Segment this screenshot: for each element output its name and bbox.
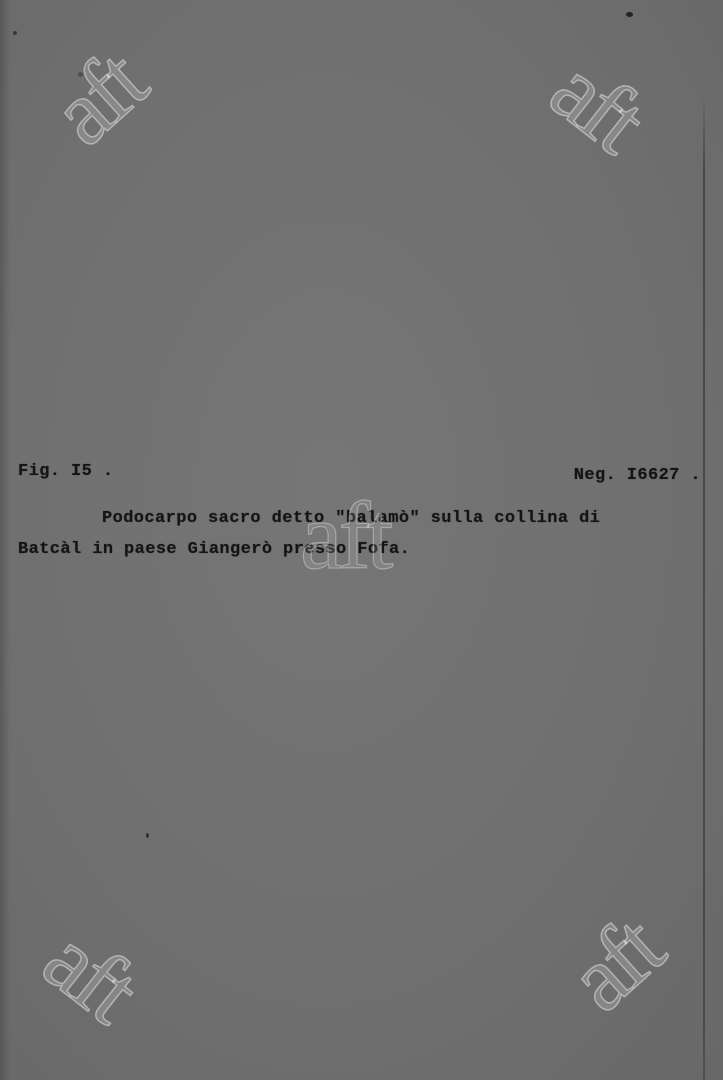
watermark-aft-bottom-left: aft xyxy=(29,912,153,1037)
dust-speck xyxy=(626,12,633,17)
dust-speck xyxy=(13,31,17,35)
card-right-edge-line xyxy=(703,95,705,1080)
watermark-aft-top-right: aft xyxy=(536,42,660,167)
negative-number: Neg. I6627 . xyxy=(574,466,701,485)
watermark-aft-top-left: aft xyxy=(35,35,160,160)
watermark-aft-bottom-right: aft xyxy=(552,901,677,1026)
dust-speck xyxy=(146,833,149,838)
figure-number: Fig. I5 . xyxy=(18,462,113,481)
card-left-edge xyxy=(0,0,10,1080)
archive-card: aft aft aft aft Fig. I5 . Neg. I6627 . P… xyxy=(0,0,723,1080)
watermark-aft-center: aft xyxy=(300,488,389,584)
